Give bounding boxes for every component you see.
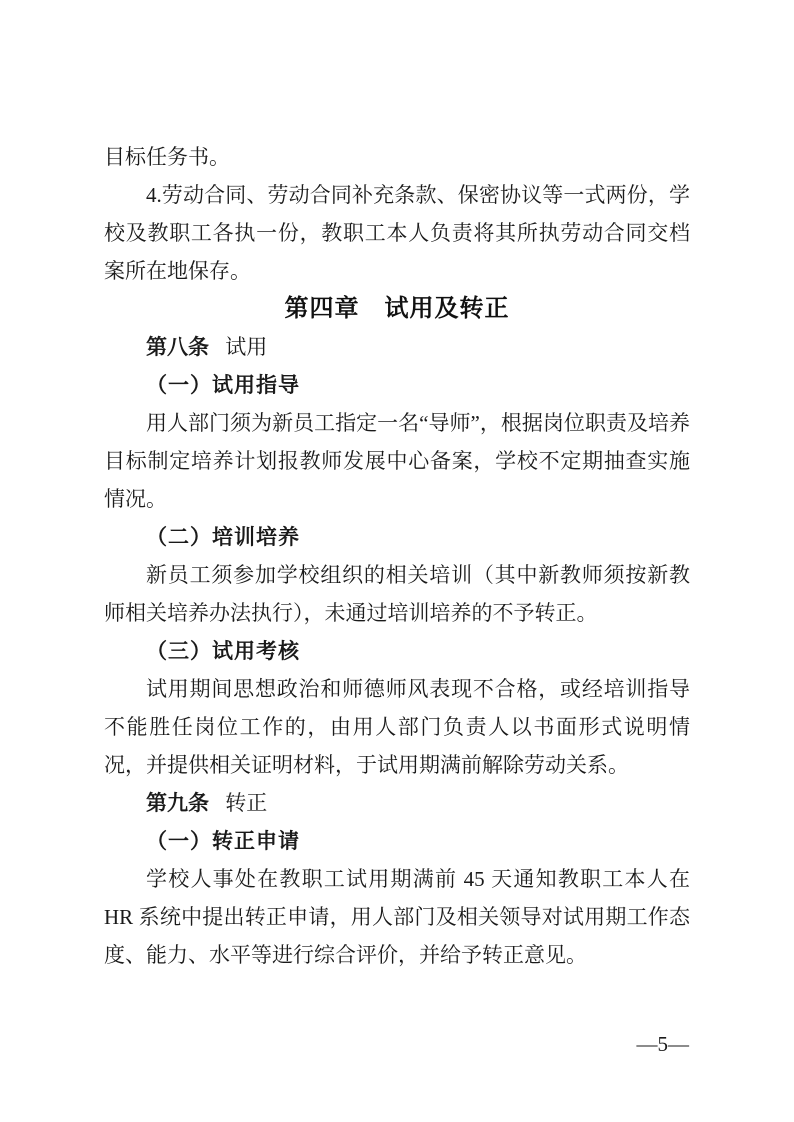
paragraph-continuation: 目标任务书。 [104,138,690,176]
article-8-clause-1-heading: （一）试用指导 [104,366,690,404]
article-8-clause-2-heading: （二）培训培养 [104,518,690,556]
article-9-clause-1-body: 学校人事处在教职工试用期满前 45 天通知教职工本人在 HR 系统中提出转正申请… [104,860,690,974]
document-content: 目标任务书。 4.劳动合同、劳动合同补充条款、保密协议等一式两份，学校及教职工各… [104,138,690,974]
article-8-title: 试用 [225,335,267,359]
article-9-clause-1-heading: （一）转正申请 [104,822,690,860]
page-number: —5— [637,1032,690,1056]
article-8-clause-2-body: 新员工须参加学校组织的相关培训（其中新教师须按新教师相关培养办法执行），未通过培… [104,556,690,632]
article-8-clause-1-body: 用人部门须为新员工指定一名“导师”，根据岗位职责及培养目标制定培养计划报教师发展… [104,404,690,518]
article-9-heading: 第九条 转正 [104,784,690,822]
paragraph-item-4: 4.劳动合同、劳动合同补充条款、保密协议等一式两份，学校及教职工各执一份，教职工… [104,176,690,290]
article-8-heading: 第八条 试用 [104,328,690,366]
article-9-number: 第九条 [146,791,209,815]
document-page: 目标任务书。 4.劳动合同、劳动合同补充条款、保密协议等一式两份，学校及教职工各… [0,0,794,1122]
article-9-title: 转正 [225,791,267,815]
article-8-clause-3-heading: （三）试用考核 [104,632,690,670]
article-8-number: 第八条 [146,335,209,359]
article-8-clause-3-body: 试用期间思想政治和师德师风表现不合格，或经培训指导不能胜任岗位工作的，由用人部门… [104,670,690,784]
chapter-heading: 第四章 试用及转正 [104,290,690,328]
